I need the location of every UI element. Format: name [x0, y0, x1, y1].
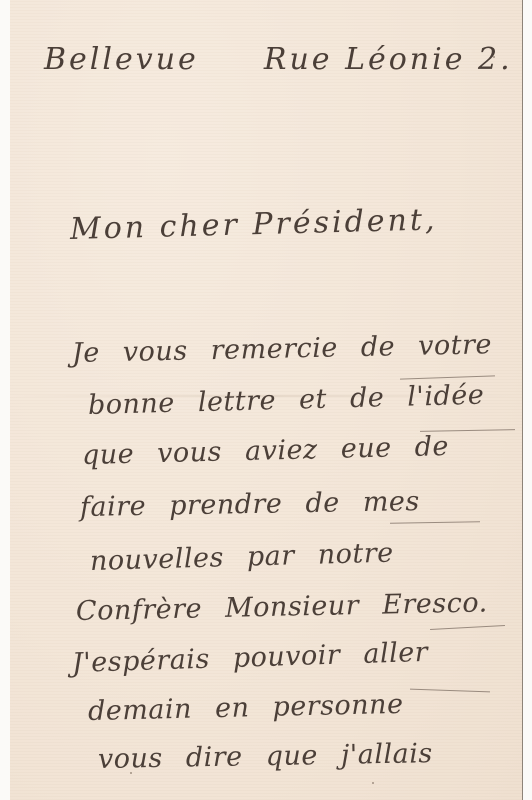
- pen-flourish: [410, 689, 490, 693]
- letter-heading: Bellevue Rue Léonie 2.: [44, 42, 513, 77]
- scanned-letter: Bellevue Rue Léonie 2. Mon cher Présiden…: [0, 0, 532, 800]
- pen-flourish: [420, 429, 515, 432]
- paper-speck: [493, 56, 495, 58]
- heading-place: Bellevue: [44, 42, 199, 77]
- paper-speck: [130, 772, 132, 774]
- letter-salutation: Mon cher Président,: [70, 202, 438, 247]
- body-line-2: bonne lettre et de l'idée: [88, 380, 485, 421]
- body-line-4: faire prendre de mes: [80, 486, 420, 523]
- paper-sheet: Bellevue Rue Léonie 2. Mon cher Présiden…: [10, 0, 522, 800]
- paper-speck: [372, 782, 374, 784]
- body-line-9: vous dire que j'allais: [98, 738, 433, 775]
- pen-flourish: [430, 625, 505, 630]
- body-line-7: J'espérais pouvoir aller: [72, 637, 429, 679]
- body-line-8: demain en personne: [88, 689, 404, 727]
- body-line-5: nouvelles par notre: [90, 538, 394, 577]
- body-line-1: Je vous remercie de votre: [72, 329, 493, 369]
- pen-flourish: [390, 521, 480, 524]
- body-line-3: que vous aviez eue de: [82, 431, 450, 471]
- body-line-6: Confrère Monsieur Eresco.: [76, 587, 488, 627]
- heading-street: Rue Léonie 2.: [264, 42, 513, 77]
